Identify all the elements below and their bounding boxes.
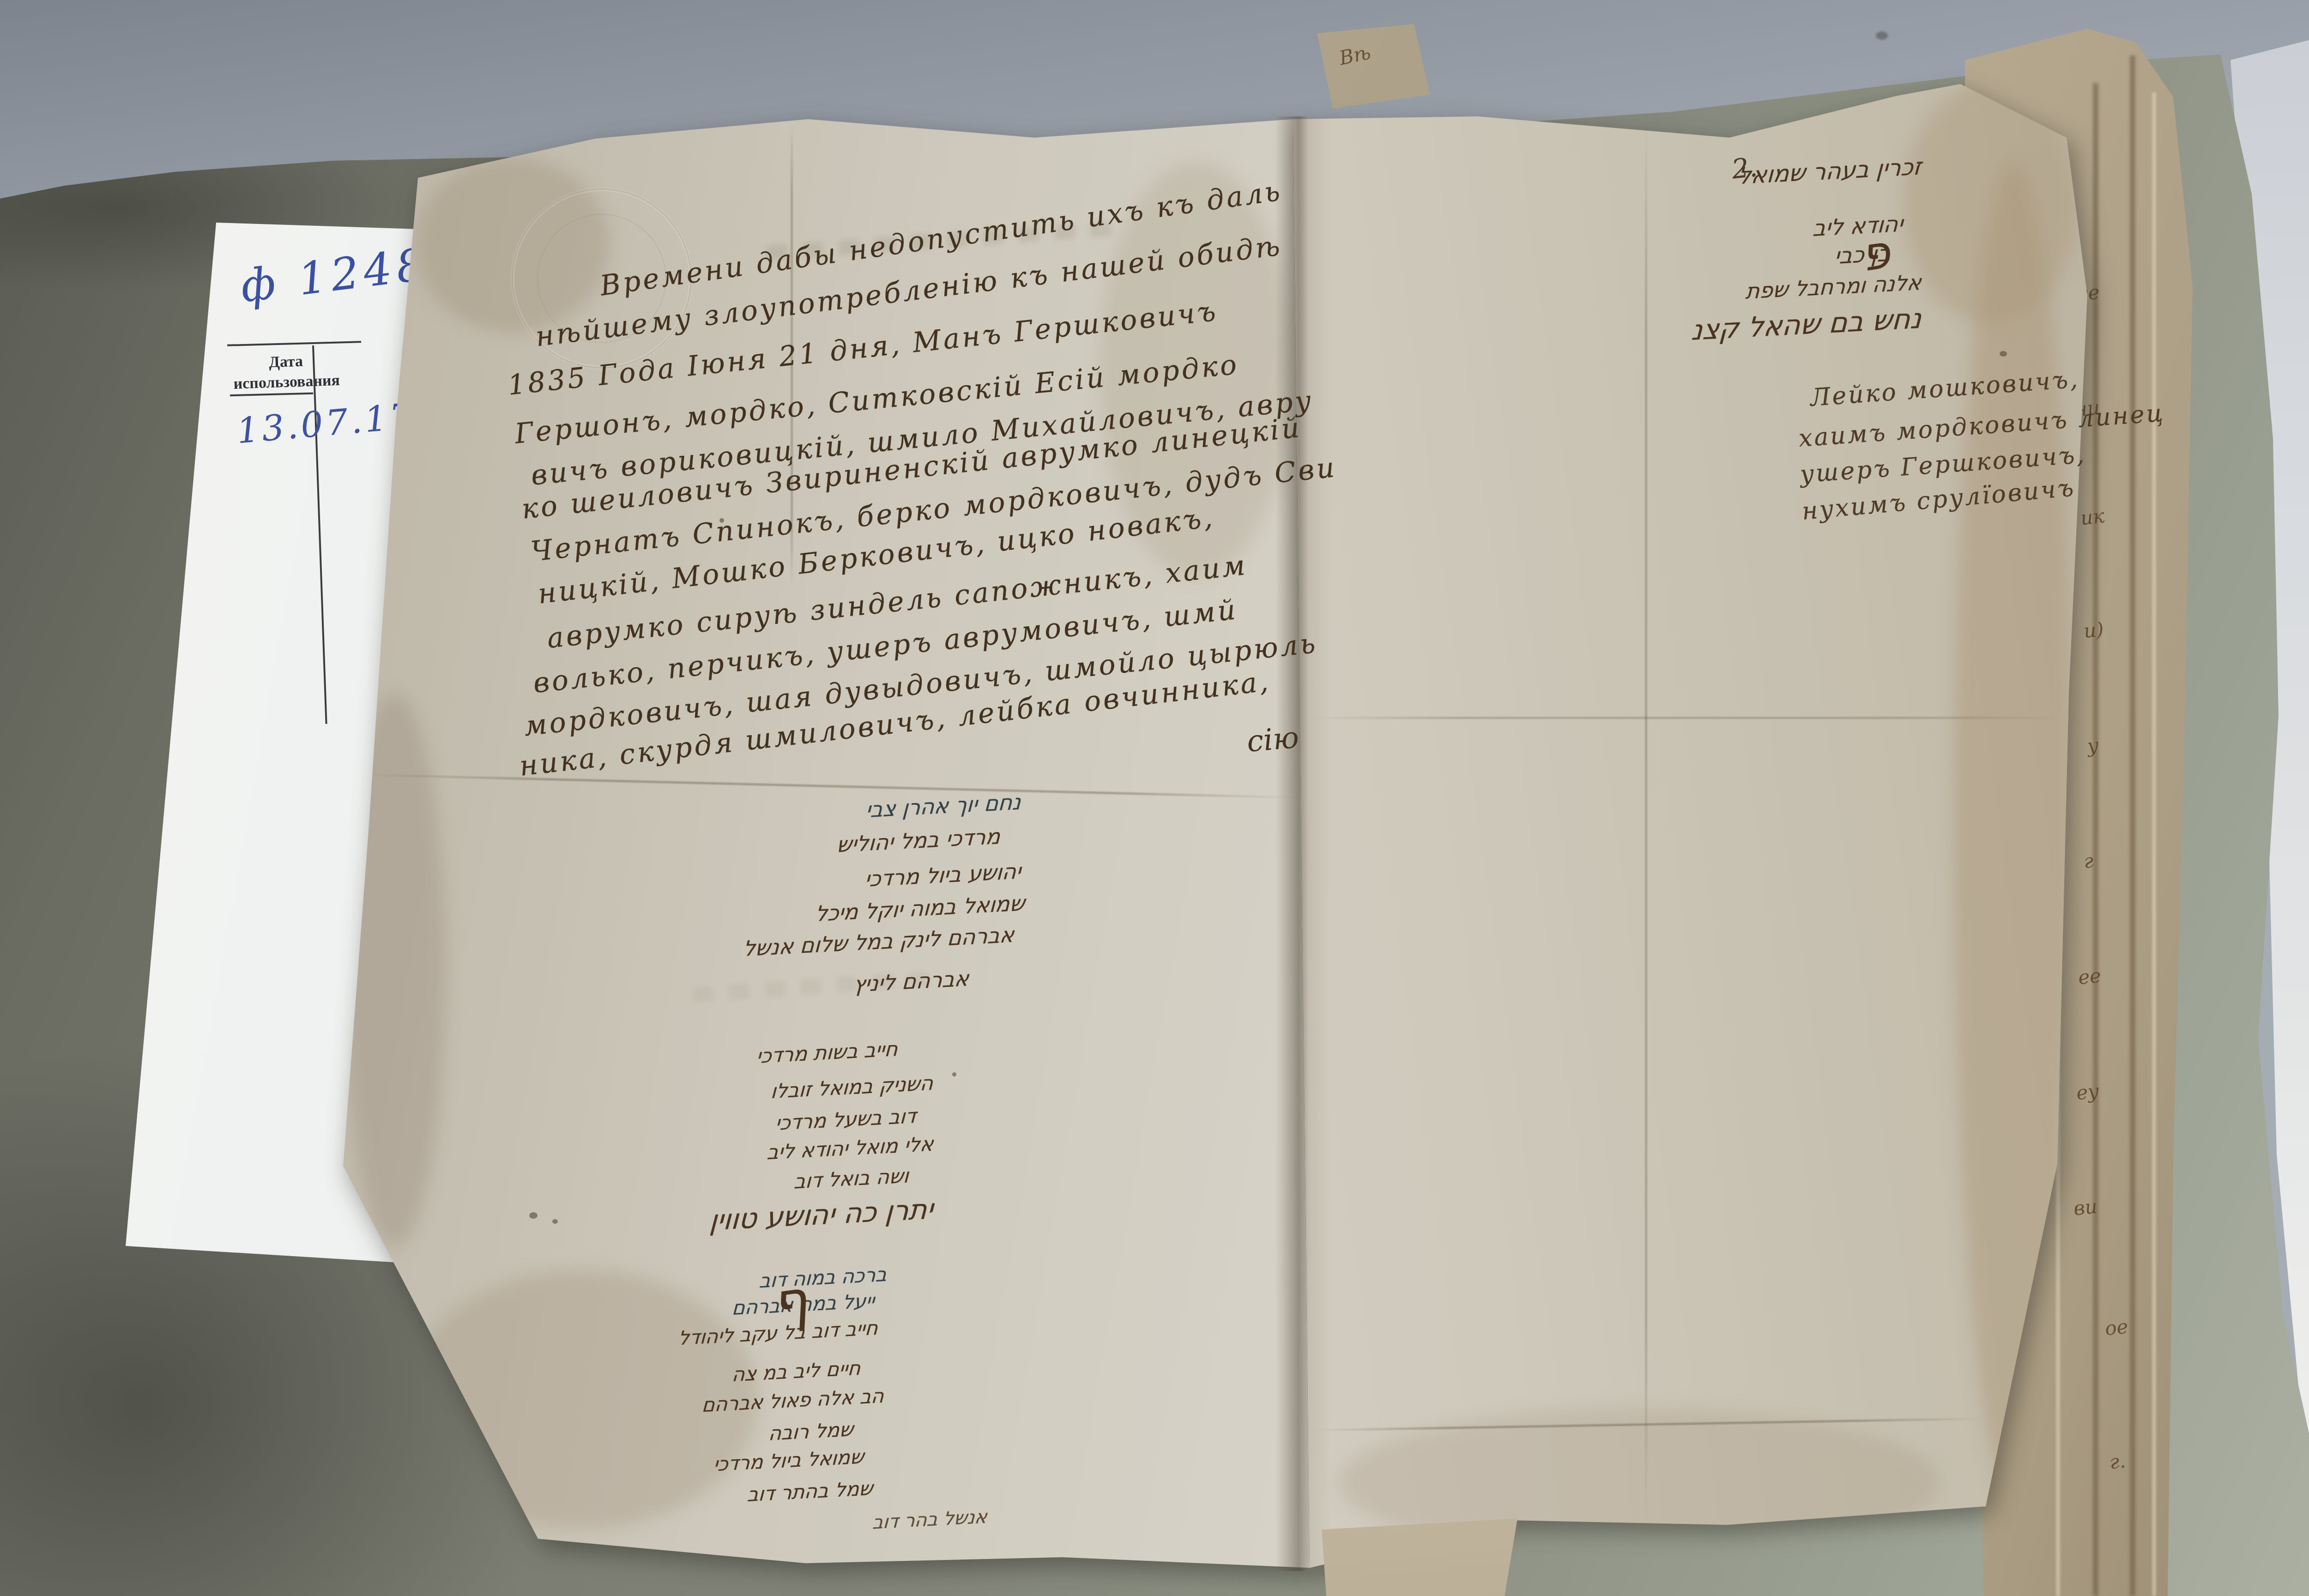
catchword: сію [1245,720,1300,759]
right-page [0,0,2309,1596]
fold-crease [1645,125,1647,1519]
paper-stain [1953,162,2073,1501]
hebrew-signature-line: שמל רובה [768,1418,854,1445]
ink-speck [2000,351,2007,357]
right-page-shadow [0,0,2309,1596]
gutter-fold-shadow [1275,116,1331,1571]
photo-archival-document: се ни ик и) у г ее еу ви ое г. Вѣ ф 1248… [0,0,2309,1596]
fold-crease [1312,717,2060,719]
paper-stain [1903,83,2078,323]
hebrew-inscription-line: יהודא ליב [1812,211,1904,242]
